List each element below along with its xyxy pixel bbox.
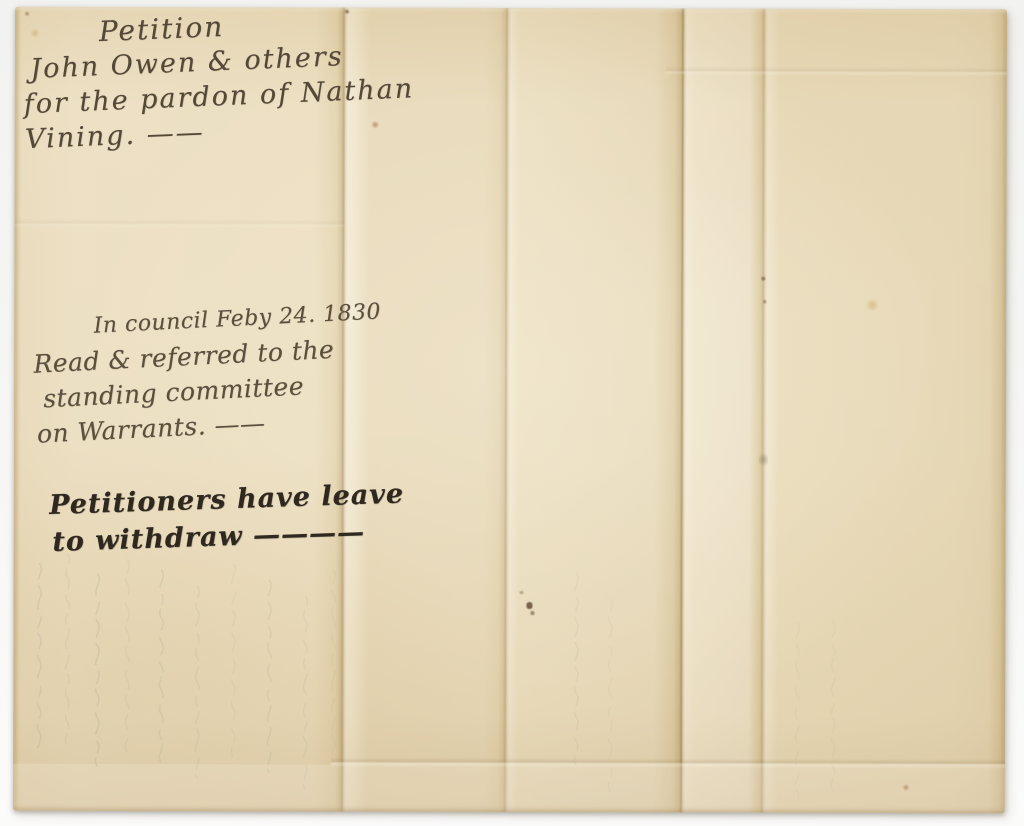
bottom-fold-flap bbox=[13, 764, 1005, 814]
council-note-block: In council Feby 24. 1830 Read & referred… bbox=[25, 294, 387, 452]
vertical-fold-line bbox=[761, 9, 765, 813]
vertical-fold-line bbox=[504, 8, 508, 812]
document-page: Petition John Owen & others for the pard… bbox=[13, 7, 1007, 814]
vertical-fold-line bbox=[680, 8, 684, 812]
horizontal-crease bbox=[665, 66, 1007, 76]
ink-blot bbox=[526, 602, 532, 609]
horizontal-crease bbox=[14, 219, 344, 229]
scan-background: Petition John Owen & others for the pard… bbox=[0, 0, 1024, 826]
foxing-stain bbox=[24, 11, 30, 17]
foxing-stain bbox=[864, 299, 880, 311]
ink-blot bbox=[530, 611, 534, 615]
docket-title-block: Petition John Owen & others for the pard… bbox=[20, 1, 416, 157]
horizontal-fold-line bbox=[331, 758, 1005, 769]
ink-blot bbox=[520, 591, 524, 594]
disposition-note-block: Petitioners have leave to withdraw ———— bbox=[49, 476, 406, 561]
